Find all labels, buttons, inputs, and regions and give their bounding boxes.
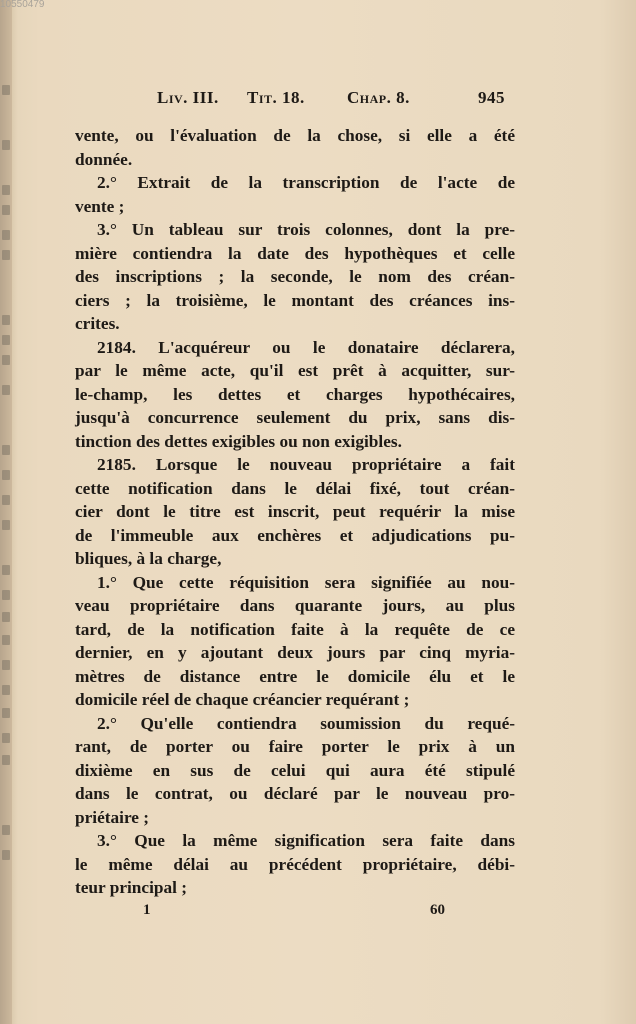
text-line: 2.° Extrait de la transcription de l'act… (75, 171, 515, 195)
text-line: dans le contrat, ou déclaré par le nouve… (75, 782, 515, 806)
text-line: rant, de porter ou faire porter le prix … (75, 735, 515, 759)
page-number: 945 (478, 88, 505, 108)
text-line: le-champ, les dettes et charges hypothéc… (75, 383, 515, 407)
header-book: Liv. III. (157, 88, 219, 108)
page-footer: 1 60 (0, 902, 636, 922)
text-line: jusqu'à concurrence seulement du prix, s… (75, 406, 515, 430)
bleed-mark (2, 355, 10, 365)
bleed-mark (2, 685, 10, 695)
text-line: teur principal ; (75, 876, 515, 900)
text-line: 2.° Qu'elle contiendra soumission du req… (75, 712, 515, 736)
text-line: ciers ; la troisième, le montant des cré… (75, 289, 515, 313)
text-line: 3.° Un tableau sur trois colonnes, dont … (75, 218, 515, 242)
bleed-mark (2, 470, 10, 480)
text-line: cier dont le titre est inscrit, peut req… (75, 500, 515, 524)
bleed-mark (2, 520, 10, 530)
scanned-book-page: 10550479 Liv. III. Tit. 18. Chap. 8. 945… (0, 0, 636, 1024)
bleed-mark (2, 635, 10, 645)
bleed-mark (2, 825, 10, 835)
text-line: des inscriptions ; la seconde, le nom de… (75, 265, 515, 289)
bleed-mark (2, 612, 10, 622)
bleed-mark (2, 230, 10, 240)
bleed-mark (2, 565, 10, 575)
bleed-mark (2, 140, 10, 150)
text-line: priétaire ; (75, 806, 515, 830)
bleed-mark (2, 315, 10, 325)
bleed-mark (2, 708, 10, 718)
text-line: vente, ou l'évaluation de la chose, si e… (75, 124, 515, 148)
body-text: vente, ou l'évaluation de la chose, si e… (75, 124, 515, 900)
text-line: bliques, à la charge, (75, 547, 515, 571)
bleed-mark (2, 445, 10, 455)
bleed-mark (2, 335, 10, 345)
text-line: par le même acte, qu'il est prêt à acqui… (75, 359, 515, 383)
text-line: 2185. Lorsque le nouveau propriétaire a … (75, 453, 515, 477)
bleed-mark (2, 660, 10, 670)
text-line: tard, de la notification faite à la requ… (75, 618, 515, 642)
bleed-mark (2, 85, 10, 95)
text-line: crites. (75, 312, 515, 336)
bleed-mark (2, 185, 10, 195)
text-line: de l'immeuble aux enchères et adjudicati… (75, 524, 515, 548)
scan-id-label: 10550479 (0, 0, 45, 10)
text-line: domicile réel de chaque créancier requér… (75, 688, 515, 712)
header-chapter: Chap. 8. (347, 88, 410, 108)
bleed-mark (2, 385, 10, 395)
bleed-mark (2, 495, 10, 505)
bleed-mark (2, 850, 10, 860)
text-line: mètres de distance entre le domicile élu… (75, 665, 515, 689)
text-line: donnée. (75, 148, 515, 172)
bleed-mark (2, 590, 10, 600)
text-line: 3.° Que la même signification sera faite… (75, 829, 515, 853)
bleed-mark (2, 205, 10, 215)
page-spine-edge (0, 0, 12, 1024)
text-line: tinction des dettes exigibles ou non exi… (75, 430, 515, 454)
header-title: Tit. 18. (247, 88, 305, 108)
text-line: 2184. L'acquéreur ou le donataire déclar… (75, 336, 515, 360)
text-line: 1.° Que cette réquisition sera signifiée… (75, 571, 515, 595)
text-line: vente ; (75, 195, 515, 219)
text-line: dernier, en y ajoutant deux jours par ci… (75, 641, 515, 665)
bleed-mark (2, 250, 10, 260)
signature-mark: 1 (143, 902, 151, 919)
text-line: dixième en sus de celui qui aura été sti… (75, 759, 515, 783)
text-line: le même délai au précédent propriétaire,… (75, 853, 515, 877)
text-line: veau propriétaire dans quarante jours, a… (75, 594, 515, 618)
text-line: mière contiendra la date des hypothèques… (75, 242, 515, 266)
bleed-mark (2, 733, 10, 743)
sheet-number: 60 (430, 902, 445, 919)
bleed-mark (2, 755, 10, 765)
running-header: Liv. III. Tit. 18. Chap. 8. 945 (157, 88, 517, 112)
text-line: cette notification dans le délai fixé, t… (75, 477, 515, 501)
